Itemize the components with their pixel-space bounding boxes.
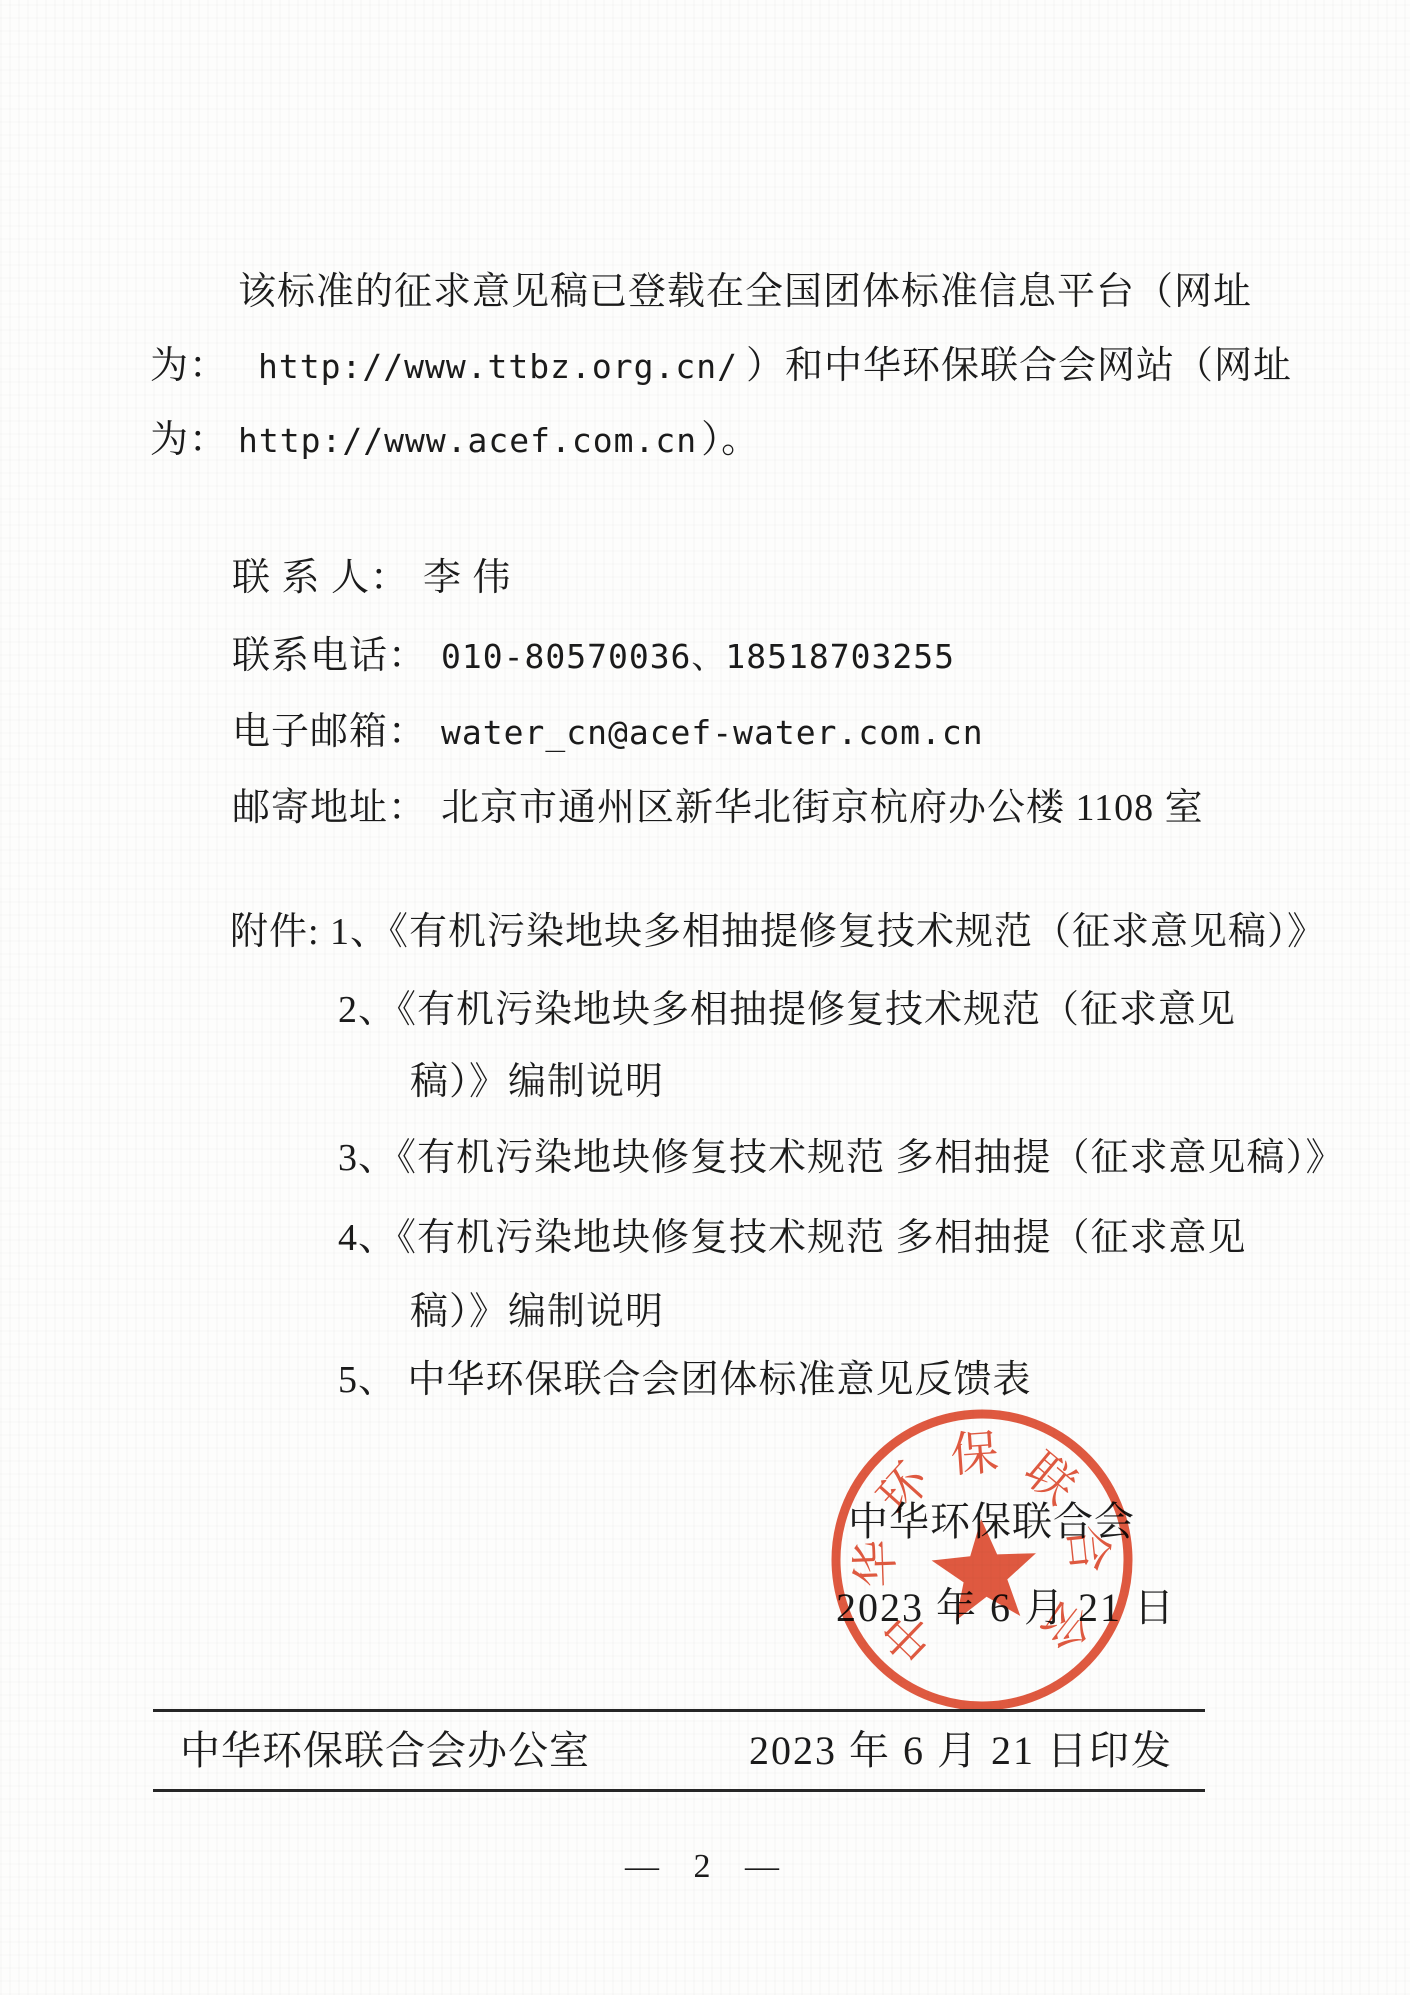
- attachment-line-2-cont: 稿）》编制说明: [410, 1060, 664, 1106]
- contact-phone-label: 联系电话：: [232, 635, 427, 677]
- attachment-line-3: 3、《有机污染地块修复技术规范 多相抽提（征求意见稿）》: [338, 1136, 1345, 1182]
- paragraph-line-3-suffix: ）。: [701, 419, 760, 461]
- contact-person-row: 联 系 人：李 伟: [232, 556, 512, 602]
- seal-char: 环: [868, 1452, 941, 1525]
- paragraph-line-1: 该标准的征求意见稿已登载在全国团体标准信息平台（网址: [238, 270, 1252, 316]
- seal-char: 中: [873, 1600, 944, 1671]
- attachment-line-1: 附件: 1、《有机污染地块多相抽提修复技术规范（征求意见稿）》: [230, 910, 1326, 956]
- contact-address-value: 北京市通州区新华北街京杭府办公楼 1108 室: [441, 787, 1204, 829]
- document-page: 该标准的征求意见稿已登载在全国团体标准信息平台（网址 为：http://www.…: [0, 0, 1410, 1995]
- paragraph-line-3: 为：http://www.acef.com.cn）。: [150, 418, 760, 464]
- page-number: — 2 —: [0, 1848, 1410, 1886]
- url-acef: http://www.acef.com.cn: [238, 421, 697, 460]
- contact-person-value: 李 伟: [423, 557, 512, 599]
- attachment-line-2: 2、《有机污染地块多相抽提修复技术规范（征求意见: [338, 988, 1236, 1034]
- contact-email-value: water_cn@acef-water.com.cn: [441, 713, 984, 752]
- paragraph-line-2-prefix: 为：: [150, 345, 228, 387]
- footer-office: 中华环保联合会办公室: [180, 1727, 590, 1775]
- seal-char: 联: [1014, 1443, 1085, 1514]
- contact-phone-value: 010-80570036、18518703255: [441, 637, 955, 676]
- contact-phone-row: 联系电话：010-80570036、18518703255: [232, 634, 955, 680]
- seal-char: 保: [949, 1427, 1001, 1483]
- url-ttbz: http://www.ttbz.org.cn/: [258, 347, 738, 386]
- seal-star-icon: [929, 1515, 1040, 1622]
- contact-person-label: 联 系 人：: [232, 557, 409, 599]
- contact-email-row: 电子邮箱：water_cn@acef-water.com.cn: [232, 710, 984, 756]
- paragraph-line-3-prefix: 为：: [150, 419, 228, 461]
- official-seal: 中 华 环 保 联 合 会: [812, 1390, 1152, 1730]
- seal-char: 合: [1058, 1522, 1116, 1575]
- footer-print-date: 2023 年 6 月 21 日印发: [749, 1727, 1173, 1775]
- contact-email-label: 电子邮箱：: [232, 711, 427, 753]
- attachment-line-4-cont: 稿）》编制说明: [410, 1290, 664, 1336]
- paragraph-line-2: 为：http://www.ttbz.org.cn/）和中华环保联合会网站（网址: [150, 344, 1292, 390]
- paragraph-line-2-suffix: ）和中华环保联合会网站（网址: [746, 345, 1292, 387]
- seal-char: 会: [1029, 1590, 1100, 1660]
- attachment-line-4: 4、《有机污染地块修复技术规范 多相抽提（征求意见: [338, 1216, 1247, 1262]
- contact-address-label: 邮寄地址：: [232, 787, 427, 829]
- footer-rule-top: [153, 1709, 1205, 1712]
- footer-rule-bottom: [153, 1789, 1205, 1792]
- contact-address-row: 邮寄地址：北京市通州区新华北街京杭府办公楼 1108 室: [232, 786, 1204, 832]
- seal-char: 华: [849, 1539, 904, 1589]
